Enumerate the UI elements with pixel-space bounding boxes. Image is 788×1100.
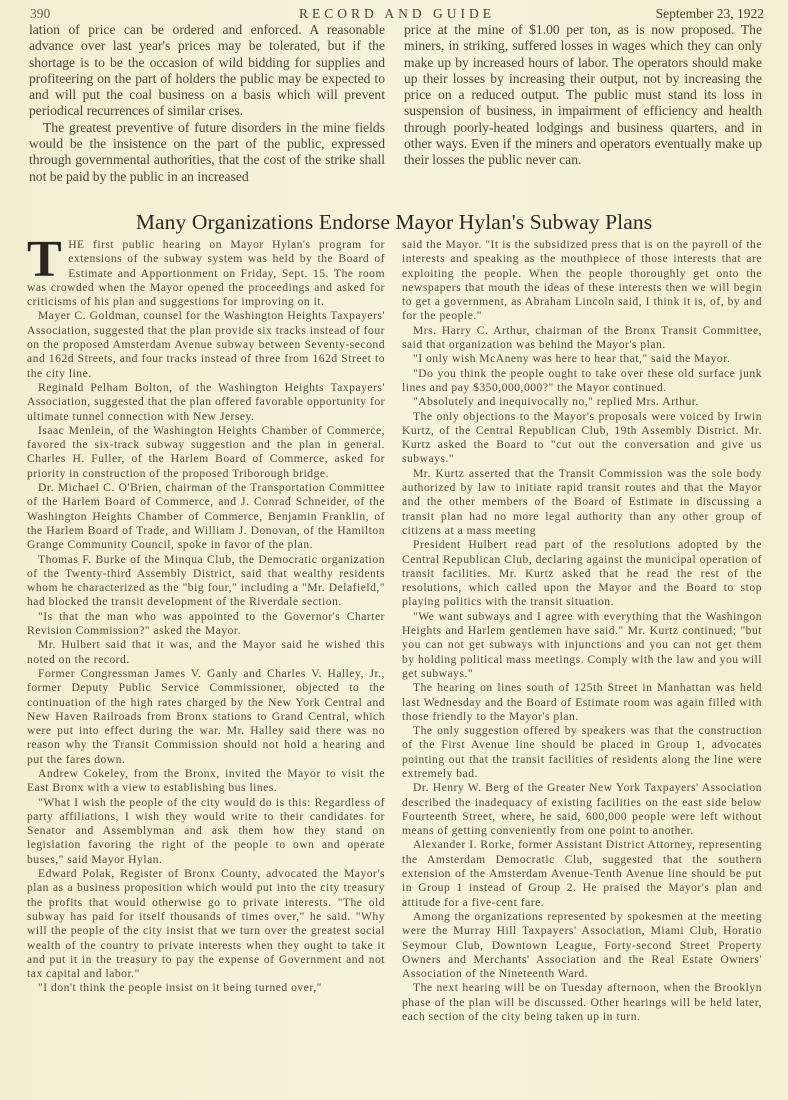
newspaper-page: 390 RECORD AND GUIDE September 23, 1922 … xyxy=(0,0,788,1100)
article-right-column: said the Mayor. "It is the subsidized pr… xyxy=(402,238,762,1024)
paragraph: "I don't think the people insist on it b… xyxy=(27,981,385,995)
paragraph: "We want subways and I agree with everyt… xyxy=(402,610,762,681)
paragraph: The greatest preventive of future disord… xyxy=(29,120,385,185)
previous-article-right-column: price at the mine of $1.00 per ton, as i… xyxy=(404,22,762,169)
paragraph: "Absolutely and inequivocally no," repli… xyxy=(402,395,762,409)
left-paragraphs: Mayer C. Goldman, counsel for the Washin… xyxy=(27,309,385,995)
paragraph: Former Congressman James V. Ganly and Ch… xyxy=(27,667,385,767)
right-paragraphs: said the Mayor. "It is the subsidized pr… xyxy=(402,238,762,1024)
paragraph: The hearing on lines south of 125th Stre… xyxy=(402,681,762,724)
issue-date: September 23, 1922 xyxy=(656,6,764,22)
running-header: 390 RECORD AND GUIDE September 23, 1922 xyxy=(30,4,764,22)
paragraph: Edward Polak, Register of Bronx County, … xyxy=(27,867,385,981)
paragraph: said the Mayor. "It is the subsidized pr… xyxy=(402,238,762,324)
article-headline: Many Organizations Endorse Mayor Hylan's… xyxy=(0,210,788,235)
paragraph: Mrs. Harry C. Arthur, chairman of the Br… xyxy=(402,324,762,353)
paragraph: "Do you think the people ought to take o… xyxy=(402,367,762,396)
paragraph: Andrew Cokeley, from the Bronx, invited … xyxy=(27,767,385,796)
paragraph: "What I wish the people of the city woul… xyxy=(27,796,385,867)
paragraph: Isaac Menlein, of the Washington Heights… xyxy=(27,424,385,481)
paragraph: Mayer C. Goldman, counsel for the Washin… xyxy=(27,309,385,380)
paragraph: The only objections to the Mayor's propo… xyxy=(402,410,762,467)
paragraph: President Hulbert read part of the resol… xyxy=(402,538,762,609)
paragraph: Dr. Michael C. O'Brien, chairman of the … xyxy=(27,481,385,552)
paragraph: Dr. Henry W. Berg of the Greater New Yor… xyxy=(402,781,762,838)
publication-title: RECORD AND GUIDE xyxy=(30,6,764,22)
paragraph: Among the organizations represented by s… xyxy=(402,910,762,981)
paragraph: Mr. Hulbert said that it was, and the Ma… xyxy=(27,638,385,667)
paragraph: Reginald Pelham Bolton, of the Washingto… xyxy=(27,381,385,424)
paragraph: "I only wish McAneny was here to hear th… xyxy=(402,352,762,366)
paragraph: The only suggestion offered by speakers … xyxy=(402,724,762,781)
article-left-column: THE first public hearing on Mayor Hylan'… xyxy=(27,238,385,996)
lead-text: HE first public hearing on Mayor Hylan's… xyxy=(27,238,385,308)
paragraph: "Is that the man who was appointed to th… xyxy=(27,610,385,639)
lead-paragraph: THE first public hearing on Mayor Hylan'… xyxy=(27,238,385,309)
paragraph: lation of price can be ordered and enfor… xyxy=(29,22,385,120)
paragraph: price at the mine of $1.00 per ton, as i… xyxy=(404,22,762,169)
paragraph: Alexander I. Rorke, former Assistant Dis… xyxy=(402,838,762,909)
drop-cap: T xyxy=(27,240,62,280)
paragraph: Thomas F. Burke of the Minqua Club, the … xyxy=(27,553,385,610)
paragraph: The next hearing will be on Tuesday afte… xyxy=(402,981,762,1024)
previous-article-left-column: lation of price can be ordered and enfor… xyxy=(29,22,385,185)
paragraph: Mr. Kurtz asserted that the Transit Comm… xyxy=(402,467,762,538)
